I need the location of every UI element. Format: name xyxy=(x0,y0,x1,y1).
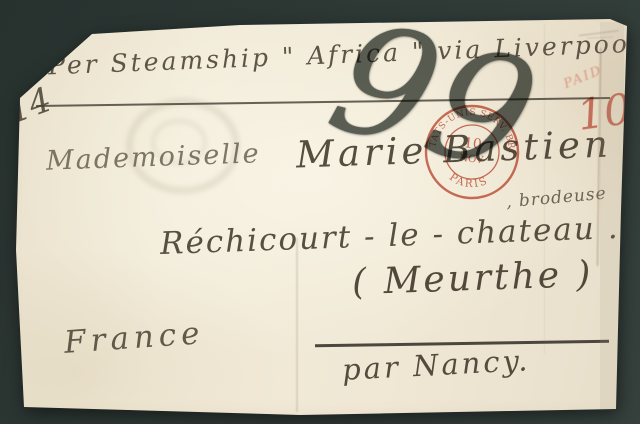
address-country: France xyxy=(63,315,206,361)
folded-letter-wrapper: Per Steamship " Africa " via Liverpool 1… xyxy=(0,0,640,424)
vertical-crease-center xyxy=(296,238,298,412)
vertical-crease-right xyxy=(544,24,545,354)
photo-stage: Per Steamship " Africa " via Liverpool 1… xyxy=(0,0,640,424)
paper-right-flap-shading xyxy=(600,22,624,412)
address-department: ( Meurthe ) xyxy=(351,254,594,303)
red-rate-superscript: • xyxy=(628,80,639,99)
manuscript-rate-left: 14 xyxy=(2,80,56,132)
folded-letter-cover: Per Steamship " Africa " via Liverpool 1… xyxy=(0,0,640,424)
routing-via: par Nancy. xyxy=(341,343,531,387)
address-locality: Réchicourt - le - chateau . xyxy=(160,210,621,262)
